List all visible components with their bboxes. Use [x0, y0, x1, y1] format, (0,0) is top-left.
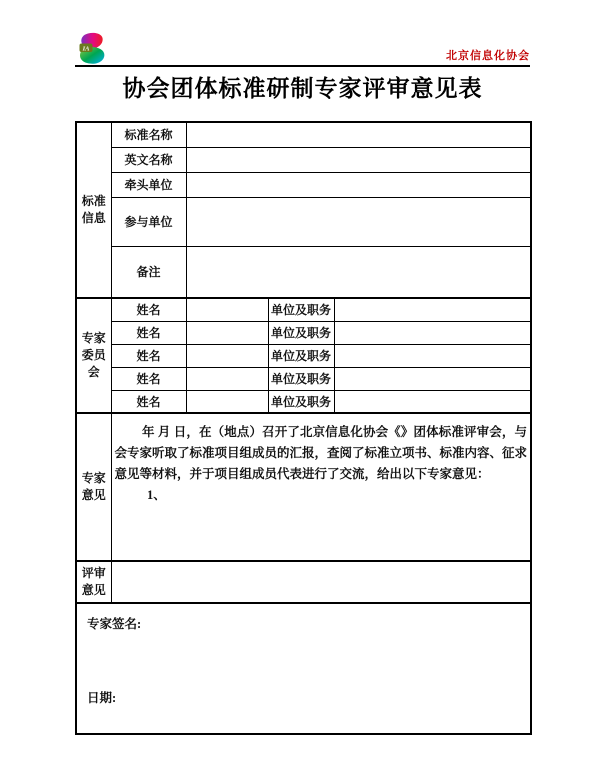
- english-name-value-cell[interactable]: [186, 147, 531, 172]
- expert-opinion-text: 年 月 日，在（地点）召开了北京信息化协会《》团体标准评审会，与会专家听取了标准…: [115, 422, 528, 485]
- section-label-review-opinion: 评审意见: [76, 561, 111, 603]
- committee-unit-value-cell[interactable]: [334, 344, 531, 367]
- expert-opinion-row: 专家意见 年 月 日，在（地点）召开了北京信息化协会《》团体标准评审会，与会专家…: [76, 413, 531, 561]
- field-label-standard-name: 标准名称: [111, 122, 186, 147]
- participating-units-value-cell[interactable]: [186, 197, 531, 246]
- committee-row: 姓名 单位及职务: [76, 344, 531, 367]
- document-page: IA 北京信息化协会 协会团体标准研制专家评审意见表 标准信息 标准名称 英文名…: [0, 0, 605, 764]
- committee-row: 姓名 单位及职务: [76, 367, 531, 390]
- remarks-row: 备注: [76, 246, 531, 298]
- committee-name-label: 姓名: [111, 367, 186, 390]
- committee-name-label: 姓名: [111, 344, 186, 367]
- field-label-remarks: 备注: [111, 246, 186, 298]
- association-logo-icon: IA: [75, 30, 115, 65]
- committee-name-label: 姓名: [111, 298, 186, 321]
- expert-opinion-item-1: 1、: [115, 485, 528, 506]
- standard-name-row: 标准信息 标准名称: [76, 122, 531, 147]
- committee-unit-value-cell[interactable]: [334, 298, 531, 321]
- field-label-participating-units: 参与单位: [111, 197, 186, 246]
- review-opinion-value-cell[interactable]: [111, 561, 531, 603]
- committee-name-label: 姓名: [111, 321, 186, 344]
- committee-row: 姓名 单位及职务: [76, 390, 531, 413]
- committee-name-value-cell[interactable]: [186, 298, 268, 321]
- committee-unit-value-cell[interactable]: [334, 367, 531, 390]
- committee-name-label: 姓名: [111, 390, 186, 413]
- expert-opinion-cell[interactable]: 年 月 日，在（地点）召开了北京信息化协会《》团体标准评审会，与会专家听取了标准…: [111, 413, 531, 561]
- committee-row: 专家委员会 姓名 单位及职务: [76, 298, 531, 321]
- committee-unit-label: 单位及职务: [268, 344, 334, 367]
- review-form-table: 标准信息 标准名称 英文名称 牵头单位 参与单位 备注 专: [75, 121, 532, 735]
- committee-unit-label: 单位及职务: [268, 390, 334, 413]
- committee-name-value-cell[interactable]: [186, 367, 268, 390]
- committee-unit-label: 单位及职务: [268, 321, 334, 344]
- lead-unit-row: 牵头单位: [76, 172, 531, 197]
- page-title: 协会团体标准研制专家评审意见表: [0, 74, 605, 104]
- english-name-row: 英文名称: [76, 147, 531, 172]
- document-header: IA 北京信息化协会: [75, 28, 530, 67]
- committee-unit-value-cell[interactable]: [334, 321, 531, 344]
- field-label-english-name: 英文名称: [111, 147, 186, 172]
- date-label: 日期:: [87, 690, 520, 706]
- svg-text:IA: IA: [82, 45, 91, 52]
- org-name: 北京信息化协会: [446, 50, 530, 65]
- expert-signature-label: 专家签名:: [87, 616, 520, 632]
- signature-cell[interactable]: 专家签名: 日期:: [76, 603, 531, 734]
- section-label-expert-committee: 专家委员会: [76, 298, 111, 413]
- committee-unit-label: 单位及职务: [268, 298, 334, 321]
- committee-name-value-cell[interactable]: [186, 390, 268, 413]
- standard-name-value-cell[interactable]: [186, 122, 531, 147]
- committee-row: 姓名 单位及职务: [76, 321, 531, 344]
- committee-name-value-cell[interactable]: [186, 321, 268, 344]
- section-label-expert-opinion: 专家意见: [76, 413, 111, 561]
- signature-row: 专家签名: 日期:: [76, 603, 531, 734]
- review-opinion-row: 评审意见: [76, 561, 531, 603]
- field-label-lead-unit: 牵头单位: [111, 172, 186, 197]
- participating-units-row: 参与单位: [76, 197, 531, 246]
- committee-unit-label: 单位及职务: [268, 367, 334, 390]
- lead-unit-value-cell[interactable]: [186, 172, 531, 197]
- remarks-value-cell[interactable]: [186, 246, 531, 298]
- committee-unit-value-cell[interactable]: [334, 390, 531, 413]
- committee-name-value-cell[interactable]: [186, 344, 268, 367]
- section-label-standard-info: 标准信息: [76, 122, 111, 298]
